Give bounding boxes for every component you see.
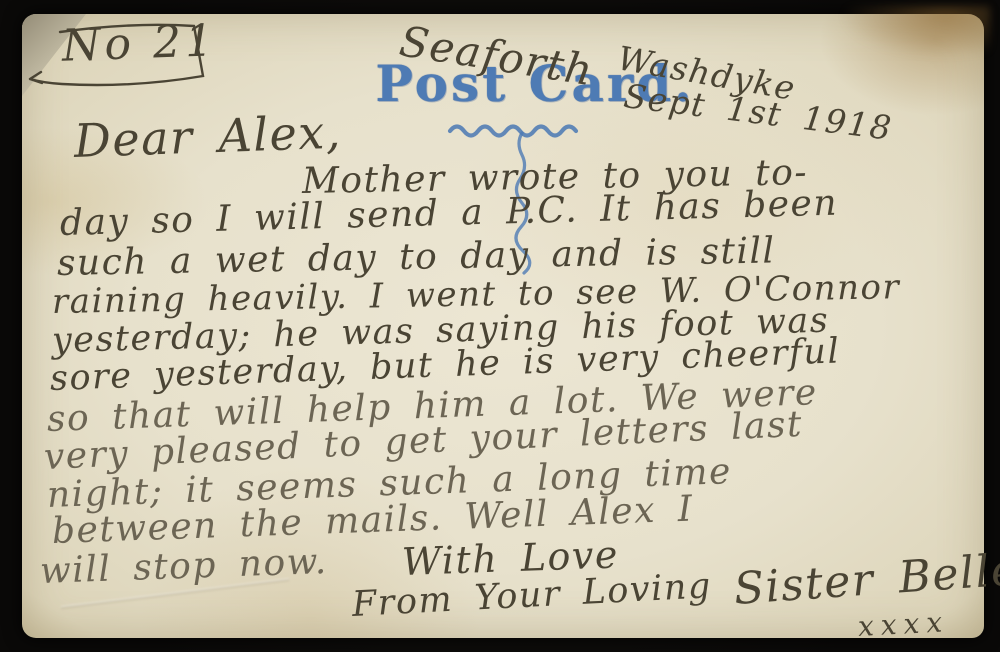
- salutation: Dear Alex,: [73, 107, 342, 167]
- postcard: No 21 Post Card. Seaforth Washdyke Sept …: [22, 14, 984, 638]
- signature-kisses: xxxx: [857, 607, 950, 643]
- signature: Sister Belle: [732, 546, 1000, 614]
- worn-corner-stain: [840, 6, 990, 58]
- photo-background: { "postcard": { "note_number": "No 21", …: [0, 0, 1000, 652]
- note-number: No 21: [61, 15, 218, 71]
- handwritten-line: will stop now.: [39, 542, 328, 592]
